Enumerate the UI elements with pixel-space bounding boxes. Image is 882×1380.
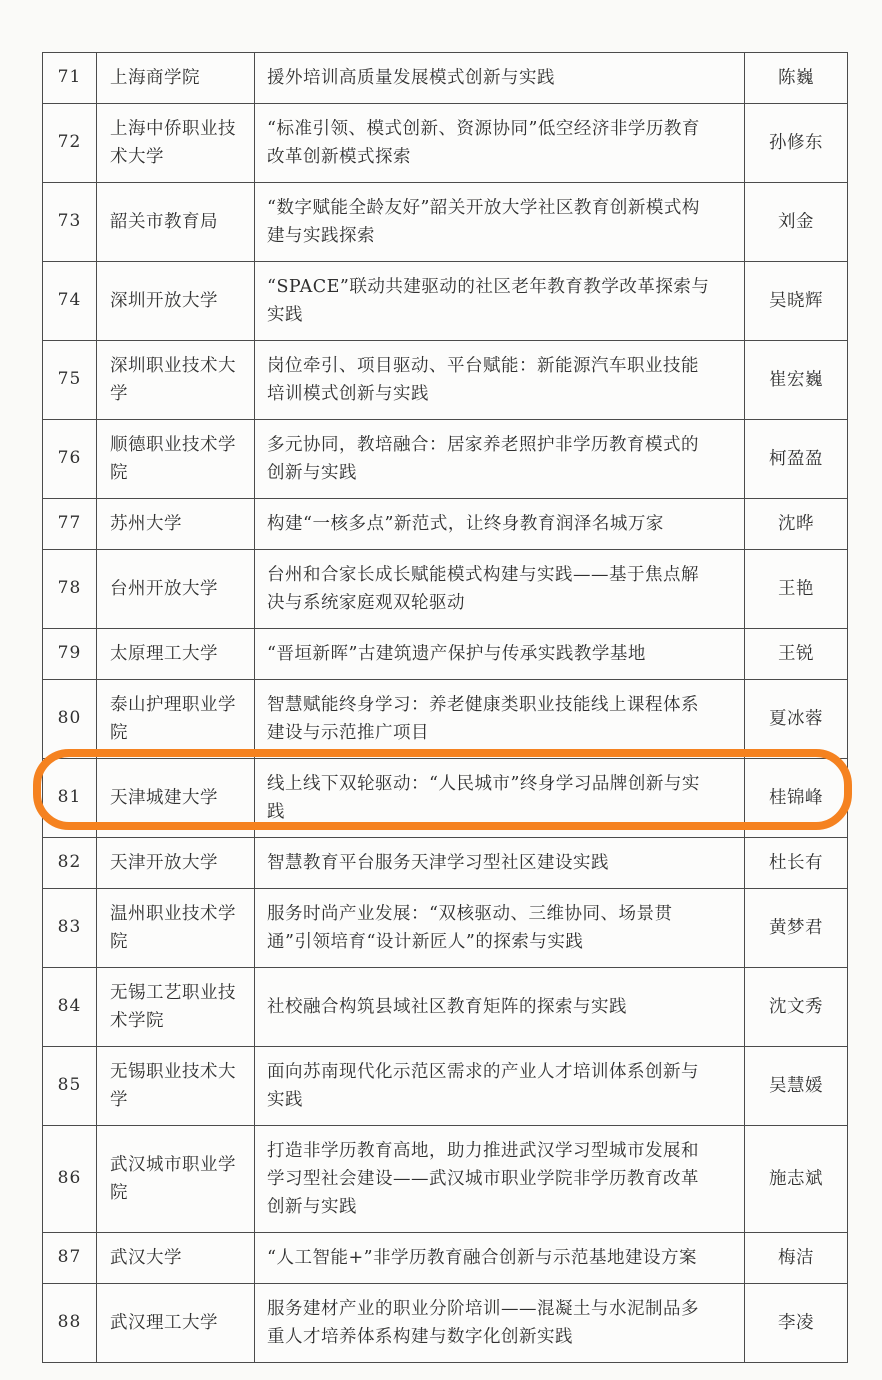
table-row: 73 韶关市教育局 “数字赋能全龄友好”韶关开放大学社区教育创新模式构建与实践探… — [43, 182, 847, 261]
row-number-cell: 75 — [43, 341, 97, 419]
name-cell: 沈晔 — [745, 499, 847, 549]
row-number-cell: 86 — [43, 1126, 97, 1232]
institution-cell: 无锡职业技术大学 — [97, 1047, 255, 1125]
table-row: 88 武汉理工大学 服务建材产业的职业分阶培训——混凝土与水泥制品多重人才培养体… — [43, 1283, 847, 1362]
row-number-cell: 87 — [43, 1233, 97, 1283]
table-row: 78 台州开放大学 台州和合家长成长赋能模式构建与实践——基于焦点解决与系统家庭… — [43, 549, 847, 628]
table-row: 86 武汉城市职业学院 打造非学历教育高地，助力推进武汉学习型城市发展和学习型社… — [43, 1125, 847, 1232]
table-row: 87 武汉大学 “人工智能+”非学历教育融合创新与示范基地建设方案 梅洁 — [43, 1232, 847, 1283]
table-row: 84 无锡工艺职业技术学院 社校融合构筑县域社区教育矩阵的探索与实践 沈文秀 — [43, 967, 847, 1046]
row-number-cell: 74 — [43, 262, 97, 340]
project-cell: 智慧赋能终身学习：养老健康类职业技能线上课程体系建设与示范推广项目 — [255, 680, 745, 758]
name-cell: 吴慧媛 — [745, 1047, 847, 1125]
institution-cell: 苏州大学 — [97, 499, 255, 549]
name-cell: 王艳 — [745, 550, 847, 628]
project-cell: “标准引领、模式创新、资源协同”低空经济非学历教育改革创新模式探索 — [255, 104, 745, 182]
table-row: 80 泰山护理职业学院 智慧赋能终身学习：养老健康类职业技能线上课程体系建设与示… — [43, 679, 847, 758]
project-cell: 打造非学历教育高地，助力推进武汉学习型城市发展和学习型社会建设——武汉城市职业学… — [255, 1126, 745, 1232]
project-cell: 面向苏南现代化示范区需求的产业人才培训体系创新与实践 — [255, 1047, 745, 1125]
name-cell: 孙修东 — [745, 104, 847, 182]
institution-cell: 武汉大学 — [97, 1233, 255, 1283]
name-cell: 黄梦君 — [745, 889, 847, 967]
project-cell: 服务建材产业的职业分阶培训——混凝土与水泥制品多重人才培养体系构建与数字化创新实… — [255, 1284, 745, 1362]
institution-cell: 武汉城市职业学院 — [97, 1126, 255, 1232]
project-cell: 台州和合家长成长赋能模式构建与实践——基于焦点解决与系统家庭观双轮驱动 — [255, 550, 745, 628]
table-row: 77 苏州大学 构建“一核多点”新范式，让终身教育润泽名城万家 沈晔 — [43, 498, 847, 549]
project-cell: 援外培训高质量发展模式创新与实践 — [255, 53, 745, 103]
project-cell: 线上线下双轮驱动：“人民城市”终身学习品牌创新与实践 — [255, 759, 745, 837]
name-cell: 王锐 — [745, 629, 847, 679]
row-number-cell: 79 — [43, 629, 97, 679]
name-cell: 吴晓辉 — [745, 262, 847, 340]
project-cell: 岗位牵引、项目驱动、平台赋能：新能源汽车职业技能培训模式创新与实践 — [255, 341, 745, 419]
institution-cell: 武汉理工大学 — [97, 1284, 255, 1362]
table-row: 85 无锡职业技术大学 面向苏南现代化示范区需求的产业人才培训体系创新与实践 吴… — [43, 1046, 847, 1125]
institution-cell: 深圳开放大学 — [97, 262, 255, 340]
table-row: 83 温州职业技术学院 服务时尚产业发展：“双核驱动、三维协同、场景贯通”引领培… — [43, 888, 847, 967]
institution-cell: 上海商学院 — [97, 53, 255, 103]
name-cell: 李凌 — [745, 1284, 847, 1362]
row-number-cell: 82 — [43, 838, 97, 888]
row-number-cell: 77 — [43, 499, 97, 549]
document-page: 71 上海商学院 援外培训高质量发展模式创新与实践 陈巍 72 上海中侨职业技术… — [0, 0, 882, 1380]
name-cell: 夏冰蓉 — [745, 680, 847, 758]
name-cell: 施志斌 — [745, 1126, 847, 1232]
table-row: 74 深圳开放大学 “SPACE”联动共建驱动的社区老年教育教学改革探索与实践 … — [43, 261, 847, 340]
institution-cell: 无锡工艺职业技术学院 — [97, 968, 255, 1046]
row-number-cell: 78 — [43, 550, 97, 628]
name-cell: 梅洁 — [745, 1233, 847, 1283]
project-cell: “数字赋能全龄友好”韶关开放大学社区教育创新模式构建与实践探索 — [255, 183, 745, 261]
institution-cell: 天津城建大学 — [97, 759, 255, 837]
institution-cell: 泰山护理职业学院 — [97, 680, 255, 758]
project-cell: “晋垣新晖”古建筑遗产保护与传承实践教学基地 — [255, 629, 745, 679]
project-cell: “SPACE”联动共建驱动的社区老年教育教学改革探索与实践 — [255, 262, 745, 340]
row-number-cell: 81 — [43, 759, 97, 837]
institution-cell: 深圳职业技术大学 — [97, 341, 255, 419]
table-row: 76 顺德职业技术学院 多元协同，教培融合：居家养老照护非学历教育模式的创新与实… — [43, 419, 847, 498]
results-table: 71 上海商学院 援外培训高质量发展模式创新与实践 陈巍 72 上海中侨职业技术… — [42, 52, 848, 1363]
table-row: 75 深圳职业技术大学 岗位牵引、项目驱动、平台赋能：新能源汽车职业技能培训模式… — [43, 340, 847, 419]
name-cell: 沈文秀 — [745, 968, 847, 1046]
project-cell: 服务时尚产业发展：“双核驱动、三维协同、场景贯通”引领培育“设计新匠人”的探索与… — [255, 889, 745, 967]
row-number-cell: 83 — [43, 889, 97, 967]
table-row-highlighted: 81 天津城建大学 线上线下双轮驱动：“人民城市”终身学习品牌创新与实践 桂锦峰 — [43, 758, 847, 837]
row-number-cell: 85 — [43, 1047, 97, 1125]
row-number-cell: 84 — [43, 968, 97, 1046]
project-cell: “人工智能+”非学历教育融合创新与示范基地建设方案 — [255, 1233, 745, 1283]
table-row: 71 上海商学院 援外培训高质量发展模式创新与实践 陈巍 — [43, 53, 847, 103]
table-row: 72 上海中侨职业技术大学 “标准引领、模式创新、资源协同”低空经济非学历教育改… — [43, 103, 847, 182]
institution-cell: 韶关市教育局 — [97, 183, 255, 261]
table-row: 79 太原理工大学 “晋垣新晖”古建筑遗产保护与传承实践教学基地 王锐 — [43, 628, 847, 679]
name-cell: 陈巍 — [745, 53, 847, 103]
project-cell: 社校融合构筑县域社区教育矩阵的探索与实践 — [255, 968, 745, 1046]
row-number-cell: 76 — [43, 420, 97, 498]
row-number-cell: 71 — [43, 53, 97, 103]
table-row: 82 天津开放大学 智慧教育平台服务天津学习型社区建设实践 杜长有 — [43, 837, 847, 888]
institution-cell: 太原理工大学 — [97, 629, 255, 679]
institution-cell: 天津开放大学 — [97, 838, 255, 888]
institution-cell: 温州职业技术学院 — [97, 889, 255, 967]
institution-cell: 顺德职业技术学院 — [97, 420, 255, 498]
row-number-cell: 72 — [43, 104, 97, 182]
name-cell: 桂锦峰 — [745, 759, 847, 837]
name-cell: 刘金 — [745, 183, 847, 261]
row-number-cell: 73 — [43, 183, 97, 261]
name-cell: 杜长有 — [745, 838, 847, 888]
project-cell: 构建“一核多点”新范式，让终身教育润泽名城万家 — [255, 499, 745, 549]
row-number-cell: 88 — [43, 1284, 97, 1362]
project-cell: 多元协同，教培融合：居家养老照护非学历教育模式的创新与实践 — [255, 420, 745, 498]
institution-cell: 上海中侨职业技术大学 — [97, 104, 255, 182]
name-cell: 崔宏巍 — [745, 341, 847, 419]
row-number-cell: 80 — [43, 680, 97, 758]
name-cell: 柯盈盈 — [745, 420, 847, 498]
institution-cell: 台州开放大学 — [97, 550, 255, 628]
project-cell: 智慧教育平台服务天津学习型社区建设实践 — [255, 838, 745, 888]
